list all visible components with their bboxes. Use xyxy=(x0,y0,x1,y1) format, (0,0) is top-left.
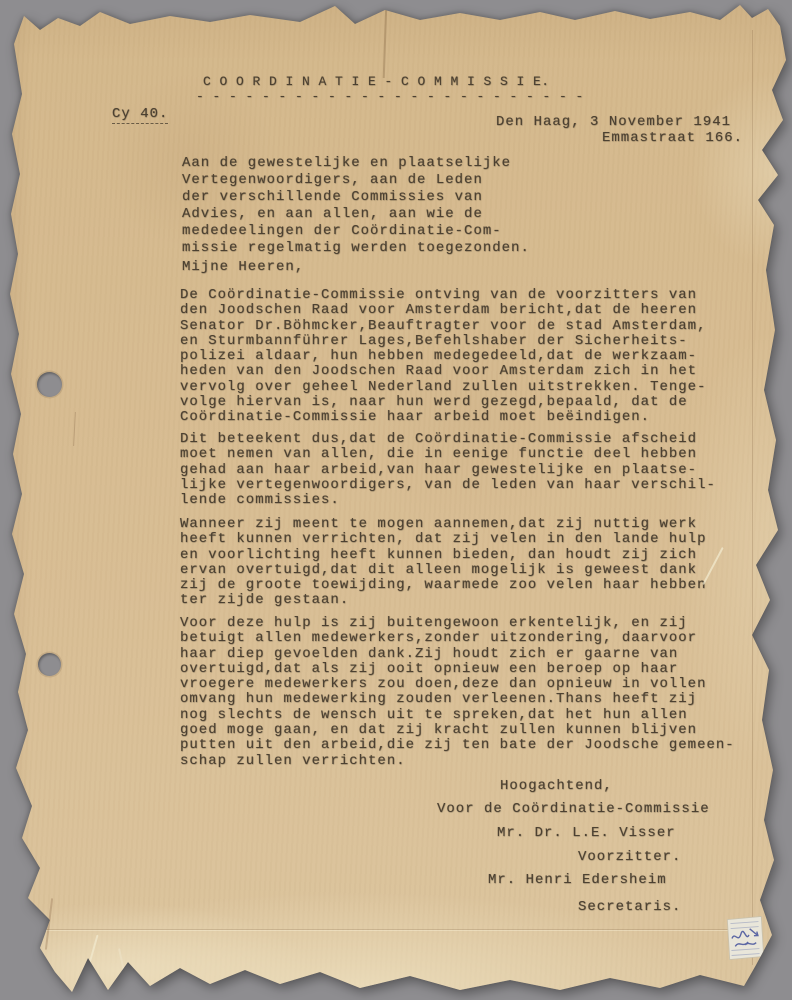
recipient-block: Aan de gewestelijke en plaatselijke Vert… xyxy=(182,155,530,257)
org-name-underline: - - - - - - - - - - - - - - - - - - - - … xyxy=(196,89,584,104)
body-paragraph-achievements: Wanneer zij meent te mogen aannemen,dat … xyxy=(180,517,706,609)
body-paragraph-gratitude: Voor deze hulp is zij buitengewoon erken… xyxy=(180,616,735,769)
secretary-title: Secretaris. xyxy=(578,900,681,915)
letter-paper-shadow: C O O R D I N A T I E - C O M M I S S I … xyxy=(0,0,792,1000)
paper-tear xyxy=(45,898,53,950)
salutation: Mijne Heeren, xyxy=(182,260,304,275)
punch-hole-top xyxy=(37,372,62,397)
paper-crease-right xyxy=(752,30,753,965)
body-paragraph-farewell: Dit beteekent dus,dat de Coördinatie-Com… xyxy=(180,432,716,508)
secretary-name: Mr. Henri Edersheim xyxy=(488,873,667,888)
archival-stamp xyxy=(726,915,765,960)
stamp-scribble-icon xyxy=(726,915,765,960)
org-name-header: C O O R D I N A T I E - C O M M I S S I … xyxy=(203,74,550,89)
paper-tear xyxy=(118,948,128,986)
paper-crease-bottom xyxy=(30,929,745,930)
address-line: Emmastraat 166. xyxy=(602,131,743,146)
scan-background: { "colors": { "background": "#8e8d90", "… xyxy=(0,0,792,1000)
paper-scratch-left xyxy=(73,412,76,446)
chairman-title: Voorzitter. xyxy=(578,850,681,865)
punch-hole-bottom xyxy=(38,653,61,676)
letter-paper: C O O R D I N A T I E - C O M M I S S I … xyxy=(0,0,792,1000)
ref-number: Cy 40. xyxy=(112,107,168,124)
paper-crease-top xyxy=(383,6,388,78)
place-date-line: Den Haag, 3 November 1941 xyxy=(496,115,731,130)
on-behalf-line: Voor de Coördinatie-Commissie xyxy=(437,802,710,817)
chairman-name: Mr. Dr. L.E. Visser xyxy=(497,826,676,841)
paper-tear xyxy=(83,935,98,982)
valediction: Hoogachtend, xyxy=(500,779,613,794)
body-paragraph-announcement: De Coördinatie-Commissie ontving van de … xyxy=(180,288,706,426)
